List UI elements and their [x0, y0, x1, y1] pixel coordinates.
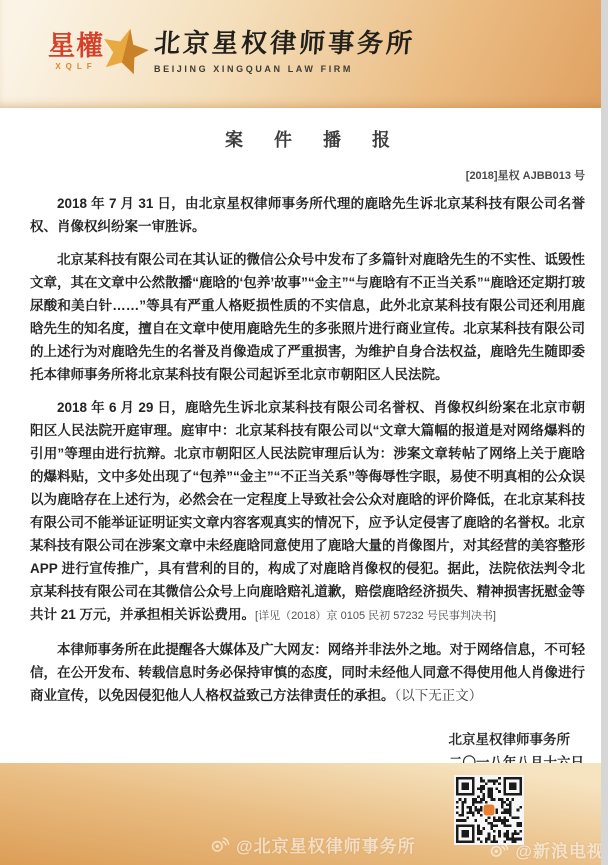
watermark-firm: @北京星权律师事务所	[210, 832, 416, 857]
firm-logo: 星權 XQLF 北京星权律师事务所 BEIJING XINGQUAN LAW F…	[48, 27, 415, 80]
paragraph-1-text: 2018 年 7 月 31 日，由北京星权律师事务所代理的鹿晗先生诉北京某科技有…	[30, 196, 585, 234]
firm-name-cn: 北京星权律师事务所	[153, 29, 416, 59]
watermark-sinatv-text: @新浪电视	[515, 837, 605, 862]
firm-name-en: BEIJING XINGQUAN LAW FIRM	[154, 64, 415, 74]
header-band: 星權 XQLF 北京星权律师事务所 BEIJING XINGQUAN LAW F…	[0, 0, 608, 108]
ref-number: [2018]星权 AJBB013 号	[30, 167, 585, 183]
paragraph-4: 本律师事务所在此提醒各大媒体及广大网友：网络并非法外之地。对于网络信息，不可轻信…	[30, 638, 585, 707]
paragraph-4-text: 本律师事务所在此提醒各大媒体及广大网友：网络并非法外之地。对于网络信息，不可轻信…	[30, 642, 585, 703]
paragraph-2: 北京某科技有限公司在其认证的微信公众号中发布了多篇针对鹿晗先生的不实性、诋毁性文…	[30, 248, 585, 386]
paragraph-1: 2018 年 7 月 31 日，由北京星权律师事务所代理的鹿晗先生诉北京某科技有…	[30, 192, 585, 238]
star-icon	[100, 25, 150, 80]
seal-characters: 星權	[48, 31, 104, 61]
page-edge-strip	[601, 0, 608, 865]
no-more-text-note: （以下无正文）	[395, 688, 483, 703]
judgment-citation: [详见（2018）京 0105 民初 57232 号民事判决书]	[255, 610, 496, 622]
watermark-firm-text: @北京星权律师事务所	[236, 832, 416, 857]
paragraph-2-text: 北京某科技有限公司在其认证的微信公众号中发布了多篇针对鹿晗先生的不实性、诋毁性文…	[30, 252, 585, 382]
paragraph-3: 2018 年 6 月 29 日，鹿晗先生诉北京某科技有限公司名誉权、肖像权纠纷案…	[30, 396, 585, 628]
paragraph-3-text: 2018 年 6 月 29 日，鹿晗先生诉北京某科技有限公司名誉权、肖像权纠纷案…	[30, 400, 585, 622]
weibo-icon	[210, 836, 230, 853]
document-body: 案 件 播 报 [2018]星权 AJBB013 号 2018 年 7 月 31…	[0, 108, 608, 774]
seal-initials: XQLF	[55, 62, 96, 71]
weibo-icon	[489, 841, 509, 858]
footer-band: @北京星权律师事务所 @新浪电视	[0, 763, 608, 865]
watermark-sinatv: @新浪电视	[489, 837, 605, 862]
case-report-page: 星權 XQLF 北京星权律师事务所 BEIJING XINGQUAN LAW F…	[0, 0, 608, 865]
qr-code	[454, 775, 524, 845]
firm-names: 北京星权律师事务所 BEIJING XINGQUAN LAW FIRM	[154, 29, 415, 74]
signature-firm: 北京星权律师事务所	[30, 728, 585, 751]
page-title: 案 件 播 报	[43, 126, 585, 152]
